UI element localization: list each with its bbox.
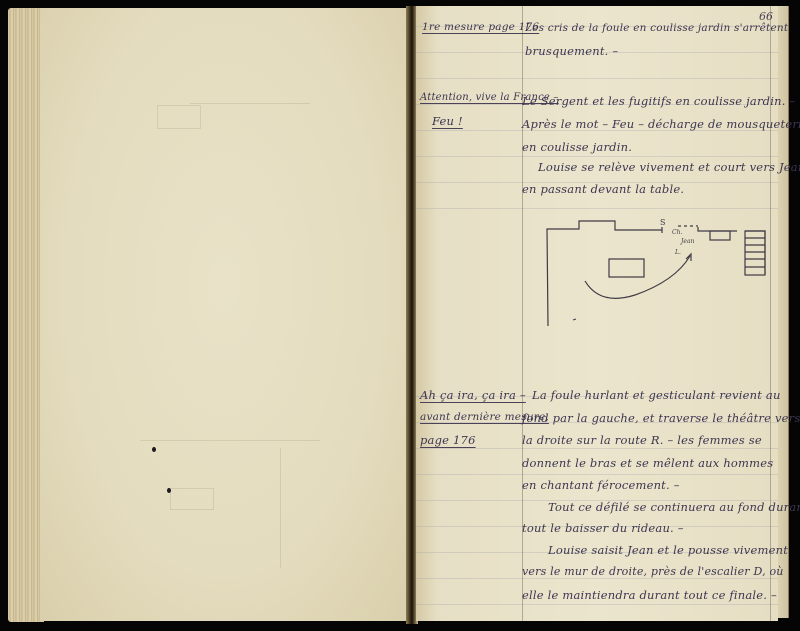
cue-entry-3-line-1: Ah ça ira, ça ira – — [420, 388, 526, 402]
svg-text:L.: L. — [674, 249, 681, 256]
cue-entry-1: 1re mesure page 176 — [422, 21, 539, 33]
direction-line: la droite sur la route R. – les femmes s… — [522, 433, 762, 447]
cue-entry-3-line-3: page 176 — [420, 433, 476, 447]
direction-line: brusquement. – — [525, 44, 618, 58]
ink-spot — [167, 488, 171, 493]
svg-text:Jean: Jean — [679, 238, 695, 245]
direction-line: vers le mur de droite, près de l'escalie… — [522, 565, 784, 578]
left-page-blank — [40, 8, 408, 621]
direction-line: en coulisse jardin. — [522, 140, 632, 154]
direction-line: tout le baisser du rideau. – — [522, 521, 684, 535]
page-edges-left — [8, 8, 44, 622]
direction-line: Après le mot – Feu – décharge de mousque… — [522, 117, 800, 131]
direction-line: elle le maintiendra durant tout ce final… — [522, 588, 777, 602]
direction-line: Les cris de la foule en coulisse jardin … — [525, 22, 788, 34]
direction-line: en passant devant la table. — [522, 182, 684, 196]
direction-line: La foule hurlant et gesticulant revient … — [532, 388, 781, 402]
direction-line: Louise saisit Jean et le pousse vivement — [548, 543, 788, 557]
book-spread: 66 1re mesure page 176 Les cris de la fo… — [0, 0, 800, 631]
direction-line: en chantant férocement. – — [522, 478, 680, 492]
direction-line: Tout ce défilé se continuera au fond dur… — [548, 500, 800, 514]
direction-line: fond par la gauche, et traverse le théât… — [522, 411, 800, 425]
ink-spot — [152, 447, 156, 452]
direction-line: donnent le bras et se mêlent aux hommes — [522, 456, 773, 470]
svg-text:Ch.: Ch. — [672, 229, 682, 236]
label-s: S — [660, 218, 665, 227]
direction-line: Louise se relève vivement et court vers … — [538, 160, 800, 174]
direction-line: Le Sergent et les fugitifs en coulisse j… — [522, 94, 795, 108]
cue-entry-2-line-2: Feu ! — [432, 114, 463, 128]
stage-diagram: S Ch. Jean L. — [540, 206, 770, 326]
